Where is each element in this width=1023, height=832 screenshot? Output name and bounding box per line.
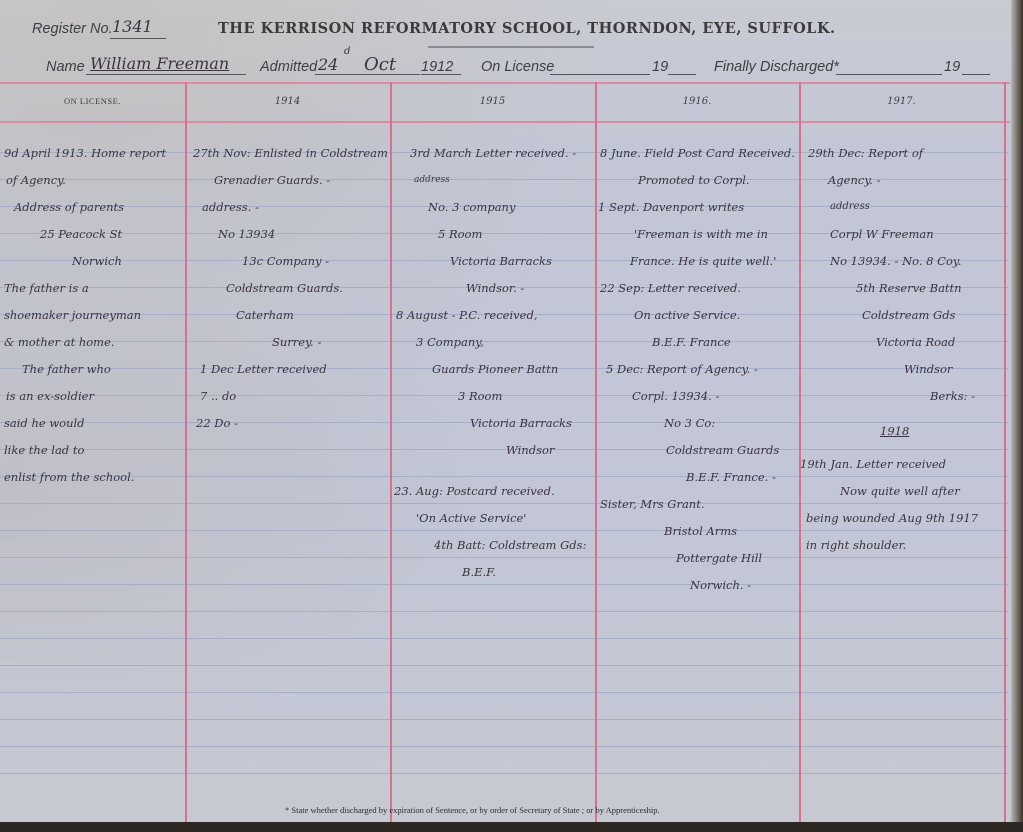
entry: address [830,200,870,214]
entry: B.E.F. [462,565,496,579]
school-title: THE KERRISON REFORMATORY SCHOOL, THORNDO… [218,20,836,37]
entry: is an ex-soldier [6,389,94,403]
column-divider [799,82,801,822]
entry: Windsor [904,362,952,376]
on-license-year-prefix: 19 [652,59,668,75]
ruled-line [0,638,1008,639]
entry: 23. Aug: Postcard received. [394,484,555,498]
entry: Guards Pioneer Battn [432,362,558,376]
entry: 3 Room [458,389,502,403]
admitted-day-suffix: d [344,46,350,57]
entry: Coldstream Guards. [226,281,343,295]
entry: 5 Dec: Report of Agency. - [606,362,758,376]
entry: No. 3 company [428,200,515,214]
entry: Agency. - [828,173,881,187]
ruled-line [0,719,1008,720]
entry: B.E.F. France [652,335,731,349]
entry: Norwich [72,254,122,268]
entry: On active Service. [634,308,740,322]
column-divider [595,82,597,822]
admitted-day: 24 [318,55,338,74]
ruled-line [0,665,1008,666]
entry: Address of parents [14,200,124,214]
column-heading-1915: 1915 [390,96,595,107]
column-divider [1004,82,1006,822]
entry: Coldstream Gds [862,308,955,322]
entry: Surrey. - [272,335,321,349]
entry: 4th Batt: Coldstream Gds: [434,538,586,552]
header-top-rule [0,82,1010,84]
entry: 'Freeman is with me in [634,227,768,241]
entry: No 3 Co: [664,416,715,430]
entry: Coldstream Guards [666,443,779,457]
entry: Berks: - [930,389,975,403]
entry: Grenadier Guards. - [214,173,330,187]
entry: 'On Active Service' [416,511,526,525]
entry: address [414,173,450,187]
entry: Corpl. 13934. - [632,389,719,403]
entry: Windsor [506,443,554,457]
entry: Pottergate Hill [676,551,762,565]
entry: Now quite well after [840,484,960,498]
entry: Promoted to Corpl. [638,173,750,187]
ruled-line [0,773,1008,774]
column-heading-1914: 1914 [185,96,390,107]
ruled-line [0,395,1008,396]
on-license-underline [550,74,650,75]
ruled-line [0,476,1008,477]
title-rule [428,46,594,48]
ruled-line [0,449,1008,450]
ruled-line [0,692,1008,693]
ruled-line [0,341,1008,342]
admitted-year: 1912 [421,59,453,75]
entry: 19th Jan. Letter received [800,457,946,471]
footnote: * State whether discharged by expiration… [285,805,660,815]
admitted-year-underline [421,74,461,75]
entry: 8 June. Field Post Card Received. [600,146,795,160]
discharged-label: Finally Discharged* [714,59,839,75]
entry: Corpl W Freeman [830,227,934,241]
register-number-label: Register No. [32,21,113,37]
entry: & mother at home. [4,335,115,349]
year-1918-subheading: 1918 [880,424,909,438]
entry: like the lad to [4,443,84,457]
entry: Windsor. - [466,281,524,295]
column-heading-1916: 1916. [595,96,799,107]
entry: 13c Company - [242,254,329,268]
entry: 29th Dec: Report of [808,146,923,160]
on-license-year-underline [668,74,696,75]
on-license-label: On License [481,59,554,75]
entry: 1 Dec Letter received [200,362,327,376]
discharged-year-underline [962,74,990,75]
column-divider [185,82,187,822]
entry: 9d April 1913. Home report [4,146,166,160]
column-divider [390,82,392,822]
entry: B.E.F. France. - [686,470,776,484]
ruled-line [0,611,1008,612]
entry: said he would [4,416,85,430]
ruled-line [0,503,1008,504]
entry: 7 .. do [200,389,236,403]
column-heading-1917: 1917. [799,96,1004,107]
column-heading-on-license: ON LICENSE. [0,96,185,106]
entry: Victoria Barracks [450,254,552,268]
entry: Sister, Mrs Grant. [600,497,704,511]
discharged-underline [836,74,942,75]
entry: 5 Room [438,227,482,241]
entry: 22 Sep: Letter received. [600,281,741,295]
name-underline [86,74,246,75]
name-label: Name [46,59,85,75]
header-bottom-rule [0,121,1010,123]
register-page: Register No. 1341 THE KERRISON REFORMATO… [0,0,1023,822]
admitted-month: Oct [364,54,396,75]
ruled-line [0,584,1008,585]
entry: shoemaker journeyman [4,308,141,322]
ruled-line [0,746,1008,747]
entry: The father who [22,362,111,376]
entry: 3rd March Letter received. - [410,146,576,160]
entry: The father is a [4,281,89,295]
entry: No 13934 [218,227,275,241]
entry: 27th Nov: Enlisted in Coldstream [193,146,388,160]
entry: 1 Sept. Davenport writes [598,200,744,214]
page-bottom-edge [0,822,1023,832]
ruled-line [0,530,1008,531]
entry: 3 Company, [416,335,484,349]
ruled-line [0,557,1008,558]
entry: No 13934. - No. 8 Coy. [830,254,962,268]
entry: Norwich. - [690,578,751,592]
entry: 8 August - P.C. received, [396,308,537,322]
entry: 25 Peacock St [40,227,122,241]
entry: Victoria Barracks [470,416,572,430]
entry: 5th Reserve Battn [856,281,962,295]
entry: of Agency. [6,173,66,187]
entry: being wounded Aug 9th 1917 [806,511,978,525]
entry: 22 Do - [196,416,238,430]
entry: Victoria Road [876,335,955,349]
name-value: William Freeman [90,54,229,73]
book-spine-edge [1011,0,1023,832]
entry: France. He is quite well.' [630,254,776,268]
entry: Caterham [236,308,294,322]
entry: in right shoulder. [806,538,906,552]
register-number-underline [110,38,166,39]
register-number-value: 1341 [112,17,153,36]
admitted-label: Admitted [260,59,317,75]
entry: enlist from the school. [4,470,134,484]
entry: Bristol Arms [664,524,737,538]
entry: address. - [202,200,259,214]
discharged-year-prefix: 19 [944,59,960,75]
